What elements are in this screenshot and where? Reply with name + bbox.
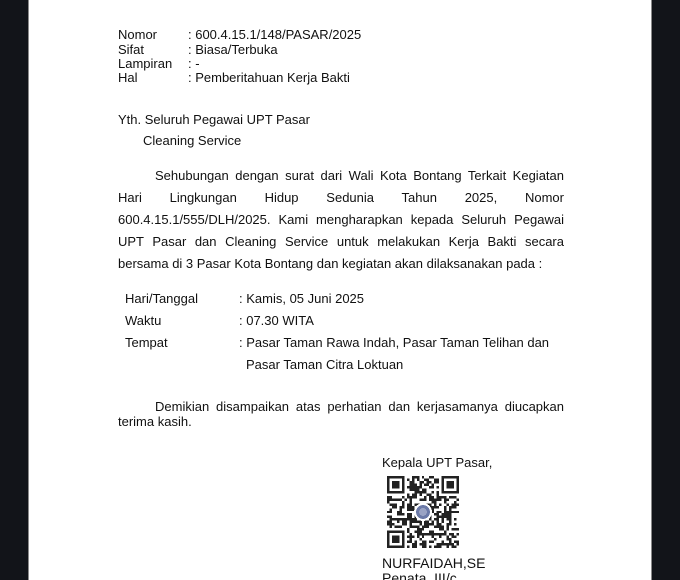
meta-label: Lampiran	[118, 56, 172, 71]
signer-name: NURFAIDAH,SE	[382, 556, 485, 571]
signature-title: Kepala UPT Pasar,	[382, 455, 492, 470]
recipient-line-1: Yth. Seluruh Pegawai UPT Pasar	[118, 112, 310, 127]
signer-rank: Penata, III/c	[382, 571, 457, 580]
meta-label: Hal	[118, 70, 138, 85]
detail-value: : Kamis, 05 Juni 2025	[239, 291, 364, 306]
detail-label: Tempat	[125, 335, 168, 350]
recipient-line-2: Cleaning Service	[143, 133, 241, 148]
detail-value-continuation: Pasar Taman Citra Loktuan	[246, 357, 403, 372]
meta-value: : 600.4.15.1/148/PASAR/2025	[188, 27, 361, 42]
meta-label: Sifat	[118, 42, 144, 57]
viewer-background-left	[0, 0, 27, 580]
detail-label: Hari/Tanggal	[125, 291, 198, 306]
detail-value: : Pasar Taman Rawa Indah, Pasar Taman Te…	[239, 335, 549, 350]
meta-value: : Biasa/Terbuka	[188, 42, 278, 57]
qr-code-icon	[387, 476, 459, 548]
body-text: Sehubungan dengan surat dari Wali Kota B…	[118, 168, 564, 271]
body-paragraph: Sehubungan dengan surat dari Wali Kota B…	[118, 165, 564, 275]
closing-paragraph: Demikian disampaikan atas perhatian dan …	[118, 399, 564, 429]
viewer-background-right	[653, 0, 680, 580]
meta-value: : -	[188, 56, 200, 71]
closing-text: Demikian disampaikan atas perhatian dan …	[118, 399, 564, 429]
detail-value: : 07.30 WITA	[239, 313, 314, 328]
meta-label: Nomor	[118, 27, 157, 42]
document-page: Nomor : 600.4.15.1/148/PASAR/2025 Sifat …	[28, 0, 652, 580]
meta-value: : Pemberitahuan Kerja Bakti	[188, 70, 350, 85]
detail-label: Waktu	[125, 313, 161, 328]
